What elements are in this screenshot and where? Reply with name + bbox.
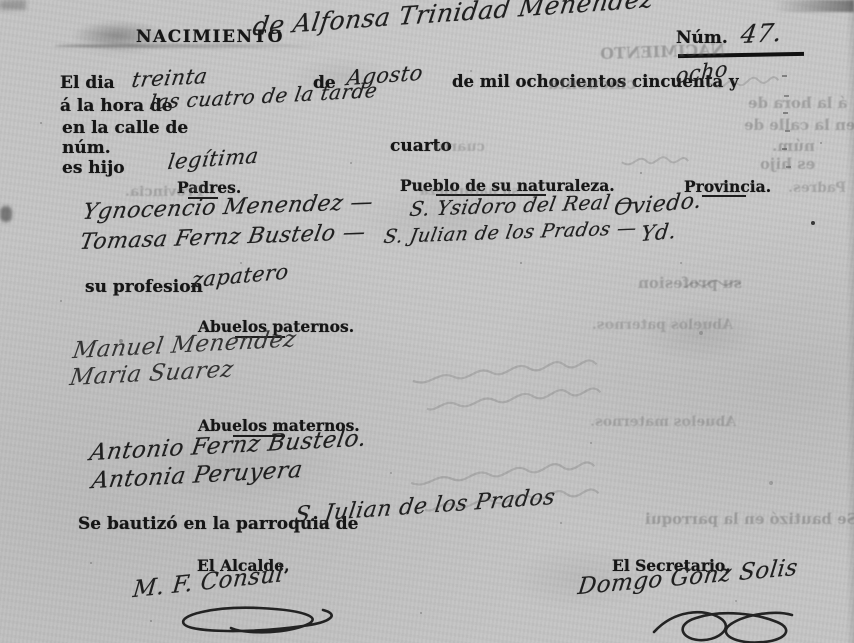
ghost-num-label: núm. (772, 137, 815, 155)
ghost-floor-label: cuarto (434, 139, 485, 155)
child-name-entry: de Alfonsa Trinidad Menendez (251, 0, 656, 41)
left-edge-mark (0, 206, 12, 222)
street-line-label: en la calle de (62, 118, 188, 138)
mother-birthplace-entry: S. Julian de los Prados — (382, 217, 639, 248)
bleedthrough-handwriting-ghost (619, 148, 691, 177)
ghost-hour-label: á la hora de (748, 94, 847, 112)
ghost-baptism-label: Se bautizó en la parroqui (645, 510, 854, 528)
scanned-birth-record-page: NACIMIENTO de Alfonsa Trinidad Menendez … (0, 0, 854, 643)
number-line-label: núm. (62, 138, 111, 158)
ghost-maternal-heading: Abuelos maternos. (590, 414, 736, 430)
legitimacy-entry: legítima (166, 144, 260, 175)
top-right-edge-smudge (774, 0, 854, 12)
date-line-label-1: El dia (60, 73, 115, 93)
ghost-street-label: en la calle de (744, 116, 854, 134)
profession-entry: zapatero (191, 259, 291, 292)
mother-name-entry: Tomasa Fernz Bustelo — (78, 220, 368, 255)
ghost-date-fragment: cincuenta (548, 74, 636, 93)
secretario-signature-flourish (636, 604, 796, 643)
mother-province-entry: Yd. (640, 219, 678, 246)
provincia-underline (702, 195, 746, 197)
ghost-provincia-header: Provincia. (125, 184, 204, 200)
alcalde-signature-flourish (173, 598, 343, 638)
ghost-padres-header: Padres. (788, 180, 846, 196)
ghost-paternal-heading: Abuelos paternos. (592, 317, 733, 333)
profession-label: su profesion (85, 277, 203, 297)
bleedthrough-tick-marks (0, 0, 5, 2)
record-number-value: 47. (739, 18, 785, 49)
child-line-label: es hijo (62, 158, 125, 178)
ghost-child-label: es hijo (760, 155, 815, 173)
ghost-pueblo-fragment: su naturaleza (420, 184, 519, 199)
